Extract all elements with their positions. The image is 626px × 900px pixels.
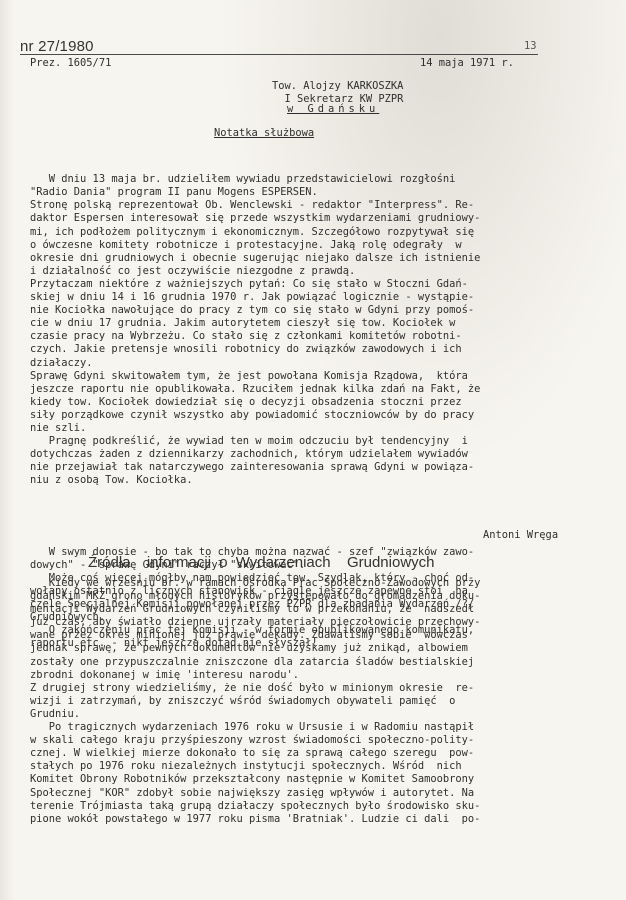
text-line: Grudniu. [30,708,480,721]
text-line: czasie pracy na Wybrzeżu. Co stało się z… [30,330,480,343]
text-line: Sprawę Gdyni skwitowałem tym, że jest po… [30,370,480,383]
text-line: kiedy tow. Kociołek dowiedział się o dec… [30,396,480,409]
page-number: 13 [524,40,537,53]
text-line: cznej. W wielkiej mierze dokonało to się… [30,747,480,760]
text-line: dotychczas żaden z dziennikarzy zachodni… [30,448,480,461]
text-line: Po tragicznych wydarzeniach 1976 roku w … [30,721,480,734]
text-line: zostały one przypuszczalnie zniszczone d… [30,656,480,669]
text-line: mi, ich podłożem politycznym i ekonomicz… [30,226,480,239]
text-line: daktor Espersen interesował się przede w… [30,212,480,225]
text-line: Z drugiej strony wiedzieliśmy, że nie do… [30,682,480,695]
signature: Antoni Wręga [483,529,558,542]
addressee-city: w Gdańsku [287,103,379,116]
article-body: Kiedy we wrześniu br. w ramach Ośrodka P… [30,577,480,826]
document-page: nr 27/1980 13 Prez. 1605/71 14 maja 1971… [0,0,626,900]
note-title: Notatka służbowa [214,127,314,140]
reference-number: Prez. 1605/71 [30,57,111,70]
text-line: czych. Jakie pretensje wnosili robotnicy… [30,343,480,356]
header-rule [20,54,538,55]
text-line: Stronę polską reprezentował Ob. Wenclews… [30,199,480,212]
text-line: Przytaczam niektóre z ważniejszych pytań… [30,278,480,291]
text-line: Społecznej "KOR" zdobył sobie największy… [30,787,480,800]
text-line: siły porządkowe czynił wszystko aby powi… [30,409,480,422]
text-line: nie przejawiał tak natarczywego zaintere… [30,461,480,474]
text-line: i działalność co jest oczywiście niezgod… [30,265,480,278]
text-line: niu z osobą Tow. Kociołka. [30,474,480,487]
text-line: zbrodni dokonanej w imię 'interesu narod… [30,669,480,682]
text-line: gdańskim MKZ grono młodych historyków pr… [30,590,480,603]
text-line: Pragnę podkreślić, że wywiad ten w moim … [30,435,480,448]
text-line: Tow. Alojzy KARKOSZKA [272,80,403,93]
text-line: w skali całego kraju przyśpieszony wzros… [30,734,480,747]
article-title: Źródła informacji o Wydarzeniach Grudnio… [88,554,435,571]
text-line: stałych po 1976 roku niezależnych instyt… [30,760,480,773]
text-line: W dniu 13 maja br. udzieliłem wywiadu pr… [30,173,480,186]
text-line: pione wokół powstałego w 1977 roku pisma… [30,813,480,826]
text-line: o ówczesne komitety robotnicze i protest… [30,239,480,252]
text-line: działaczy. [30,357,480,370]
text-line: terenie Trójmiasta taką grupą działaczy … [30,800,480,813]
text-line: okresie dni grudniowych i obecnie sugeru… [30,252,480,265]
text-line: nie Kociołka nawołujące do pracy z tym c… [30,304,480,317]
text-line: mentacji Wydarzeń Grudniowych czyniliśmy… [30,603,480,616]
letter-paragraphs: W dniu 13 maja br. udzieliłem wywiadu pr… [30,173,480,487]
text-line: cie w dniu 17 grudnia. Jakim autorytetem… [30,317,480,330]
text-line: wizji i zatrzymań, by zniszczyć wśród św… [30,695,480,708]
text-line: jeszcze raportu nie opublikowała. Rzucił… [30,383,480,396]
issue-number: nr 27/1980 [20,38,94,55]
text-line: Komitet Obrony Robotników przekształcony… [30,773,480,786]
text-line: skiej w dniu 14 i 16 grudnia 1970 r. Jak… [30,291,480,304]
text-line: wane przez okres minionej już prawie dek… [30,629,480,642]
text-line: już czas, aby światło dzienne ujrzały ma… [30,616,480,629]
text-line: "Radio Dania" program II panu Mogens ESP… [30,186,480,199]
letter-date: 14 maja 1971 r. [420,57,514,70]
text-line: nie szli. [30,422,480,435]
text-line: jednak sprawę, że pewnych dokumentów nie… [30,642,480,655]
text-line: Kiedy we wrześniu br. w ramach Ośrodka P… [30,577,480,590]
